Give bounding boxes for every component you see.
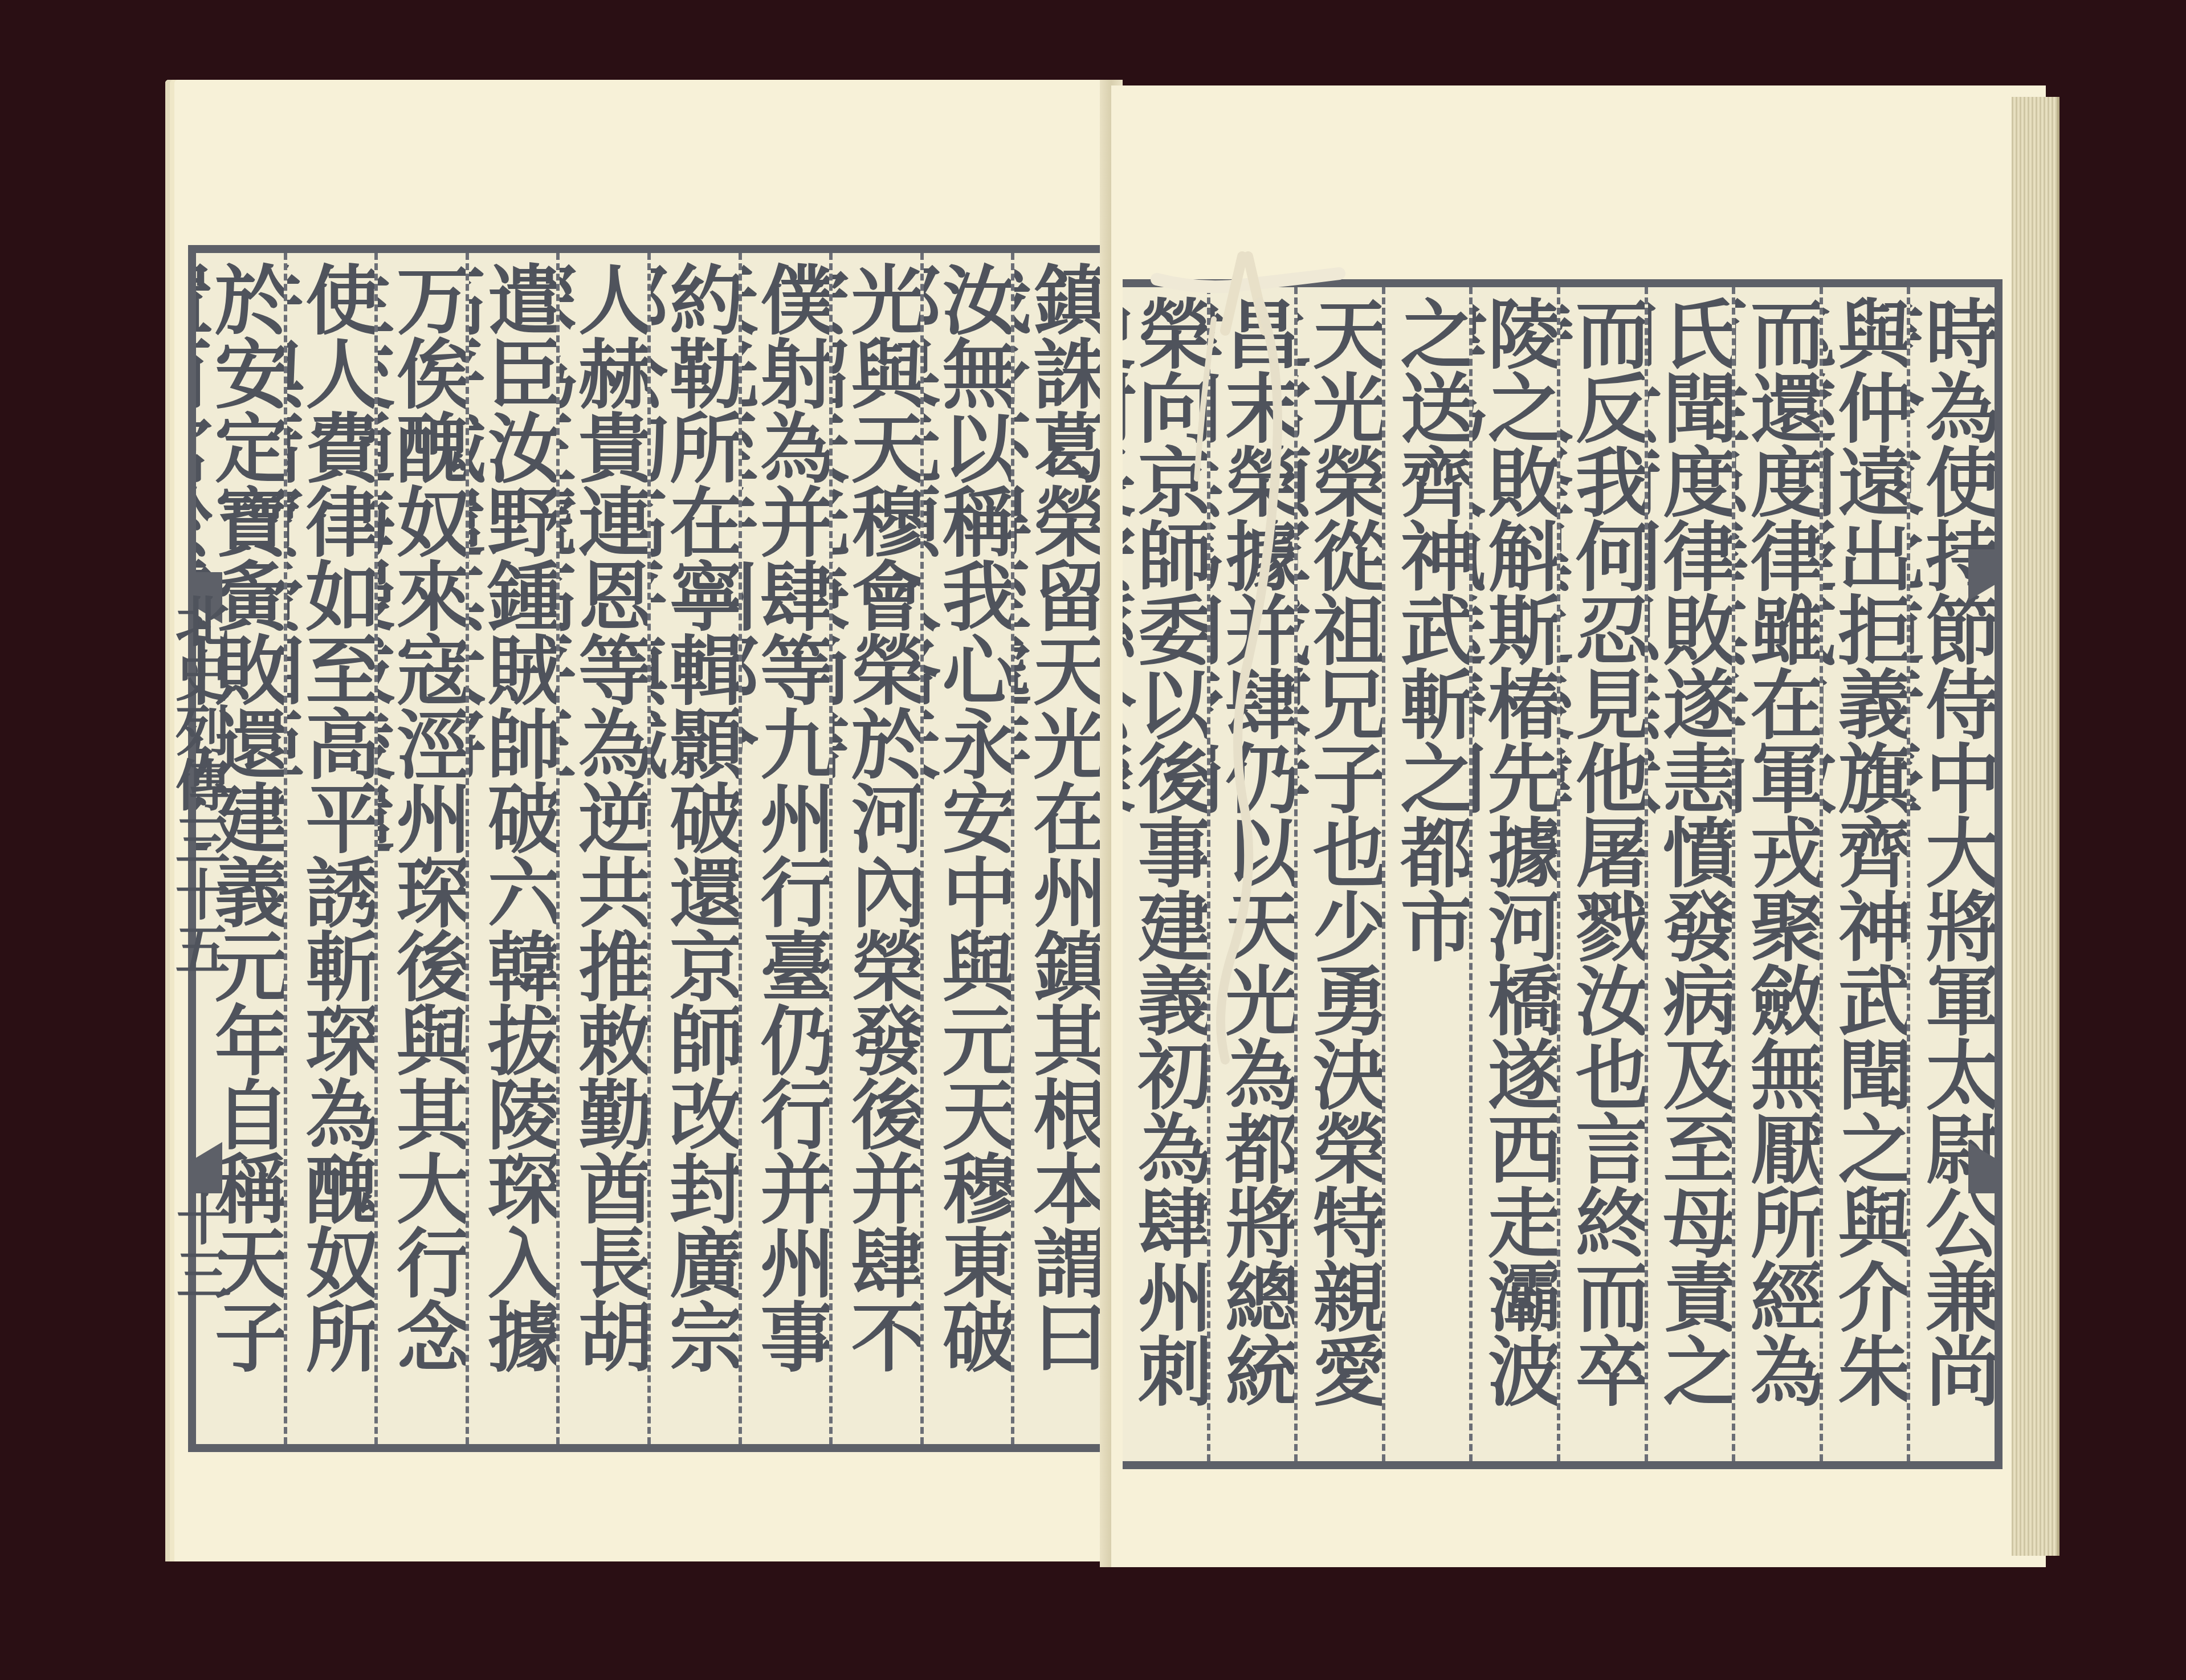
text-column: 万俟醜奴來寇涇州琛後與其大行念生交通侮慢拔陵遣 [374,253,466,1444]
text-column: 昌末榮據并肆仍以天光為都將總統肆州兵馬明帝崩 [1207,287,1295,1461]
text-column: 鎮誅葛榮留天光在州鎮其根本謂曰我身不得至處非 [1011,253,1102,1444]
text-column: 而還度律雖在軍戎聚斂無厭所經為百姓患毒其母山 [1732,287,1820,1461]
left-columns: 鎮誅葛榮留天光在州鎮其根本謂曰我身不得至處非 汝無以稱我心永安中與元天穆東破邢杲… [196,253,1102,1444]
text-column: 而反我何忍見他屠戮汝也言終而卒時人怪異之後韓 [1557,287,1645,1461]
text-column: 天光榮從祖兄子也少勇決榮特親愛之常預軍戎謀孝 [1294,287,1382,1461]
left-page: 鎮誅葛榮留天光在州鎮其根本謂曰我身不得至處非 汝無以稱我心永安中與元天穆東破邢杲… [165,80,1111,1561]
text-column: 榮向京師委以後事建義初為肆州刺史封長安縣公榮 [1123,287,1207,1461]
page-edges [2012,97,2059,1556]
text-column: 時為使持節侍中大將軍太尉公兼尚書令東北道行臺 [1907,287,1995,1461]
text-column: 遣臣汝野鍾賊帥破六韓拔陵琛入據高平城遣其大將 [466,253,557,1444]
right-page: 時為使持節侍中大將軍太尉公兼尚書令東北道行臺 與仲遠出拒義旗齊神武聞之與介朱兆遂… [1111,85,2046,1567]
text-column: 約勒所在寧輯顥破還京師改封廣宗郡公初高平鎮城 [647,253,739,1444]
right-text-frame: 時為使持節侍中大將軍太尉公兼尚書令東北道行臺 與仲遠出拒義旗齊神武聞之與介朱兆遂… [1123,279,2003,1469]
text-column: 汝無以稱我心永安中與元天穆東破邢杲元顥入洛天 [920,253,1012,1444]
text-column: 陵之敗斛斯椿先據河橋遂西走灞波津為人執送椿因 [1469,287,1557,1461]
text-column: 人赫貴連恩等為逆共推敕勤酋長胡琛為王號高平王 [556,253,647,1444]
page-number: 十三 [161,1191,239,1300]
left-text-frame: 鎮誅葛榮留天光在州鎮其根本謂曰我身不得至處非 汝無以稱我心永安中與元天穆東破邢杲… [188,245,1102,1452]
open-book: 鎮誅葛榮留天光在州鎮其根本謂曰我身不得至處非 汝無以稱我心永安中與元天穆東破邢杲… [165,80,2046,1584]
text-column: 僕射為并肆等九州行臺仍行并州事天光至并州部分 [739,253,830,1444]
right-columns: 時為使持節侍中大將軍太尉公兼尚書令東北道行臺 與仲遠出拒義旗齊神武聞之與介朱兆遂… [1123,287,1995,1461]
text-column: 與仲遠出拒義旗齊神武聞之與介朱兆遂相疑貳自敗 [1820,287,1907,1461]
text-column: 氏聞度律敗遂恚憤發病及至母責之曰汝荷國恩無狀 [1645,287,1732,1461]
text-column: 使人費律如至高平誘斬琛為醜奴所并與蕭寶夤相拒 [284,253,375,1444]
text-column: 光與天穆會榮於河內榮發後并肆不安詔天光兼尚書 [829,253,920,1444]
margin-title: 北史列傳三十五 [160,593,238,976]
text-column: 之送齊神武斬之都市 [1382,287,1470,1461]
